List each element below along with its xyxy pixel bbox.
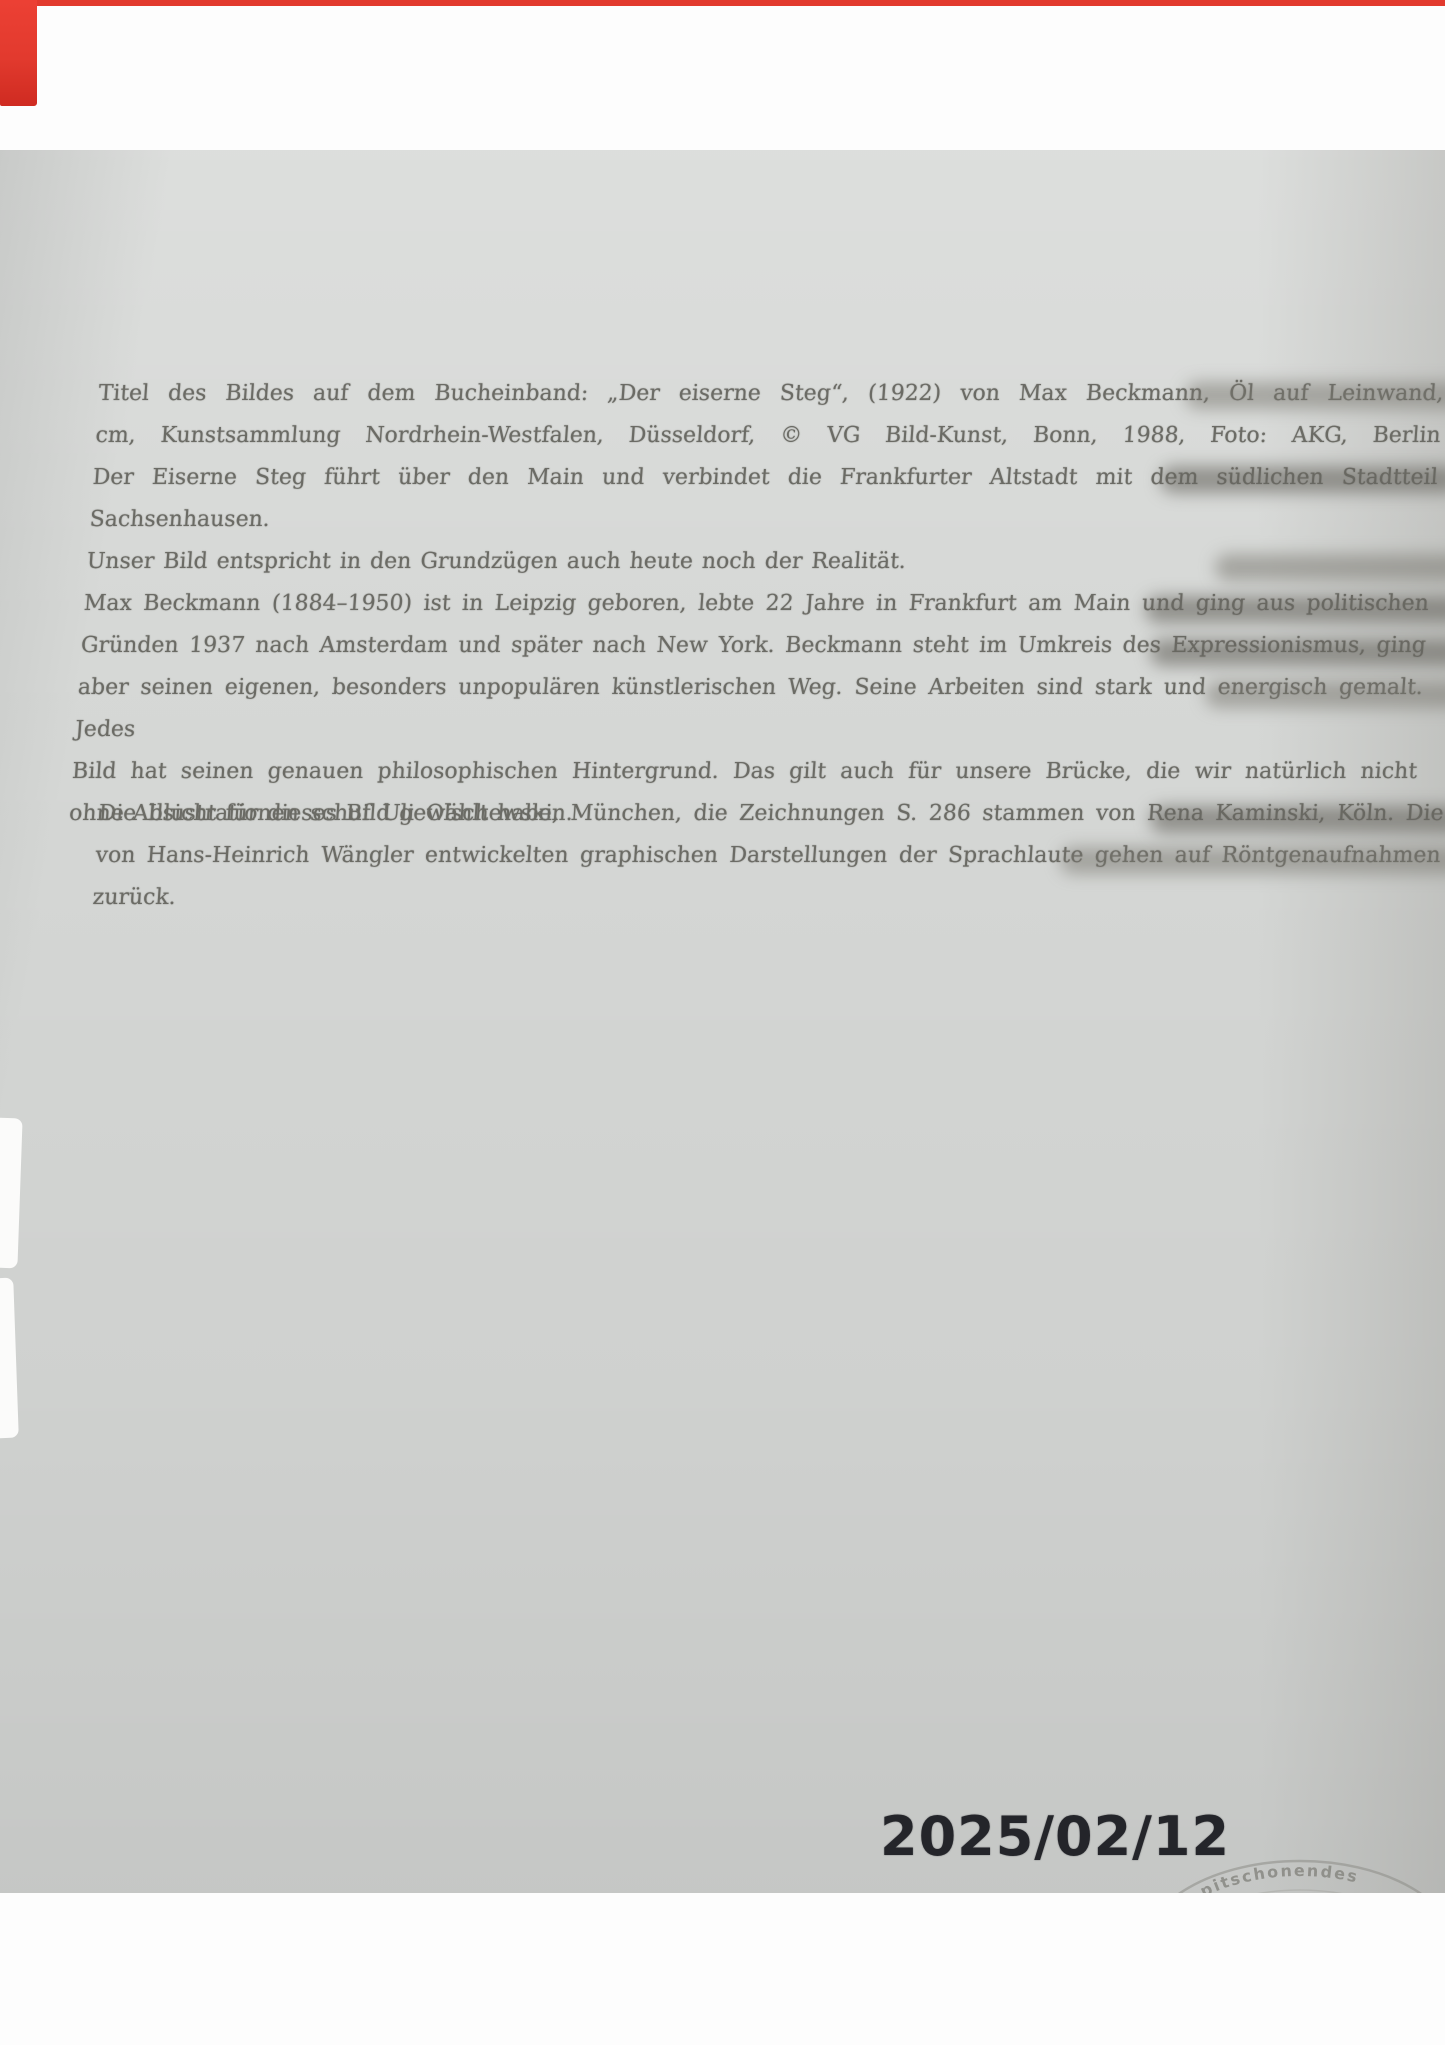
scan-blur-smear bbox=[1145, 596, 1445, 623]
scan-blur-smear bbox=[1150, 806, 1445, 833]
scan-blur-smear bbox=[1150, 639, 1445, 666]
scanned-page-photo: Titel des Bildes auf dem Bucheinband: „D… bbox=[0, 150, 1445, 1893]
scan-blur-smear bbox=[1060, 847, 1445, 874]
library-stamp: pitschonendes bbox=[1130, 1838, 1445, 1893]
page-edge-nick bbox=[0, 1118, 23, 1269]
scan-blur-smear bbox=[1205, 681, 1445, 708]
stamp-arc-text: pitschonendes bbox=[1197, 1861, 1361, 1893]
svg-text:pitschonendes: pitschonendes bbox=[1197, 1861, 1361, 1893]
scan-blur-smear bbox=[1185, 382, 1445, 409]
red-corner-mark bbox=[0, 0, 37, 106]
red-scan-edge-strip bbox=[0, 0, 1445, 6]
page-edge-nick bbox=[0, 1278, 19, 1439]
scan-blur-smear bbox=[1215, 554, 1445, 581]
text-line: Bild hat seinen genauen philosophischen … bbox=[71, 751, 1419, 793]
scan-blur-smear bbox=[1160, 466, 1445, 493]
text-line: cm, Kunstsammlung Nordrhein-Westfalen, D… bbox=[94, 415, 1442, 457]
text-line: aber seinen eigenen, besonders unpopulär… bbox=[74, 667, 1425, 751]
